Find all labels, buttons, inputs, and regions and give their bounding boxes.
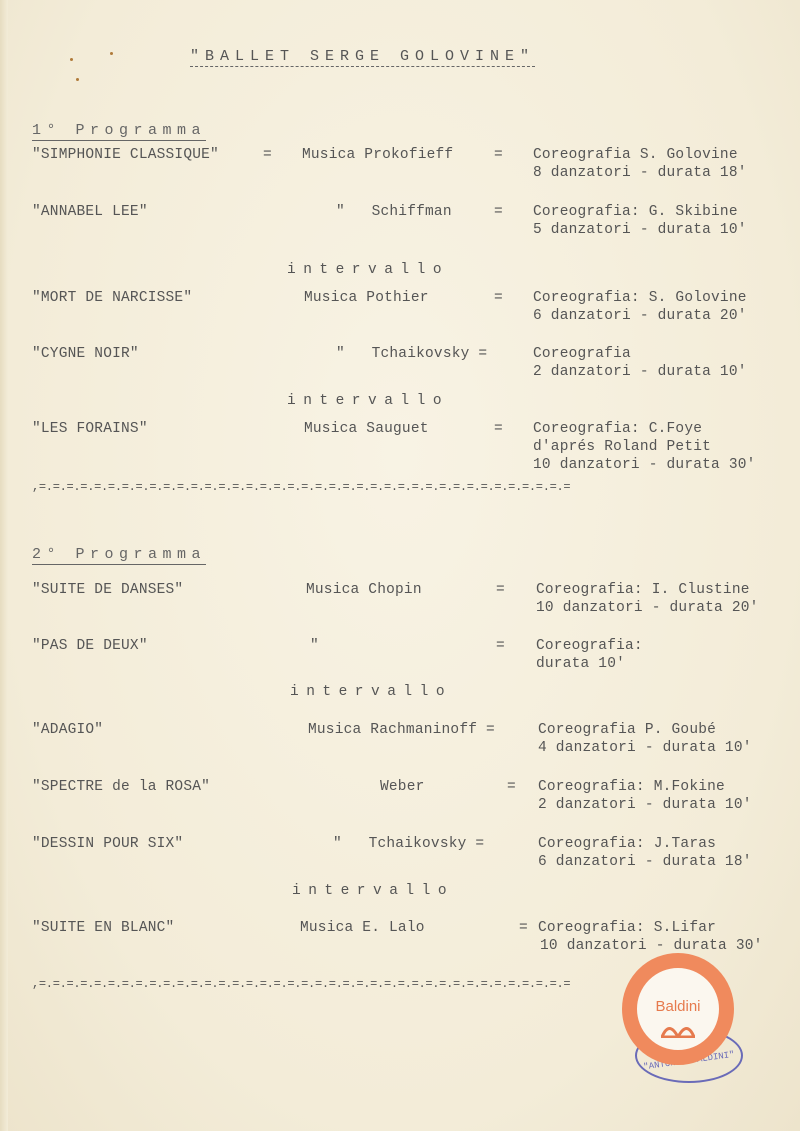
piece-music: " Schiffman (336, 204, 452, 220)
piece-title: "LES FORAINS" (32, 421, 148, 437)
book-icon (661, 1020, 695, 1038)
equals-sign: = (494, 147, 503, 163)
piece-music: " Tchaikovsky = (336, 346, 487, 362)
piece-music: Musica Sauguet (304, 421, 429, 437)
choreography: Coreografia: C.Foye (533, 421, 702, 437)
equals-sign: = (494, 290, 503, 306)
choreography: Coreografia S. Golovine (533, 147, 738, 163)
ink-speck (110, 52, 113, 55)
baldini-logo: Baldini (622, 953, 734, 1065)
choreography: Coreografia: (536, 638, 643, 654)
separator-line: ,=.=.=.=.=.=.=.=.=.=.=.=.=.=.=.=.=.=.=.=… (32, 480, 787, 494)
dancers-duration: 8 danzatori - durata 18' (533, 165, 747, 181)
piece-music: Musica Pothier (304, 290, 429, 306)
equals-sign: = (263, 147, 272, 163)
piece-title: "ADAGIO" (32, 722, 103, 738)
equals-sign: = (507, 779, 516, 795)
dancers-duration: 6 danzatori - durata 18' (538, 854, 752, 870)
dancers-duration: 6 danzatori - durata 20' (533, 308, 747, 324)
logo-text: Baldini (637, 998, 719, 1015)
piece-title: "DESSIN POUR SIX" (32, 836, 183, 852)
piece-title: "SIMPHONIE CLASSIQUE" (32, 147, 219, 163)
choreography: Coreografia: G. Skibine (533, 204, 738, 220)
choreography: Coreografia: J.Taras (538, 836, 716, 852)
choreography: Coreografia: M.Fokine (538, 779, 725, 795)
piece-music: " (310, 638, 319, 654)
paper-edge (0, 0, 8, 1131)
equals-sign: = (494, 204, 503, 220)
equals-sign: = (496, 638, 505, 654)
piece-title: "MORT DE NARCISSE" (32, 290, 192, 306)
choreography: Coreografia: I. Clustine (536, 582, 750, 598)
piece-music: " Tchaikovsky = (333, 836, 484, 852)
piece-music: Musica E. Lalo (300, 920, 425, 936)
program-1-heading: 1° Programma (32, 122, 206, 141)
dancers-duration: 10 danzatori - durata 30' (533, 457, 756, 473)
piece-title: "SPECTRE de la ROSA" (32, 779, 210, 795)
piece-music: Musica Chopin (306, 582, 422, 598)
dancers-duration: 4 danzatori - durata 10' (538, 740, 752, 756)
piece-title: "SUITE DE DANSES" (32, 582, 183, 598)
interval-label: intervallo (290, 684, 452, 700)
ink-speck (76, 78, 79, 81)
ink-speck (70, 58, 73, 61)
dancers-duration: 2 danzatori - durata 10' (538, 797, 752, 813)
choreography: Coreografia: S.Lifar (538, 920, 716, 936)
piece-music: Musica Prokofieff (302, 147, 453, 163)
piece-title: "PAS DE DEUX" (32, 638, 148, 654)
choreography: Coreografia P. Goubé (538, 722, 716, 738)
piece-title: "SUITE EN BLANC" (32, 920, 174, 936)
interval-label: intervallo (287, 393, 449, 409)
piece-music: Weber (380, 779, 425, 795)
interval-label: intervallo (287, 262, 449, 278)
choreography: Coreografia (533, 346, 631, 362)
choreography-note: d'aprés Roland Petit (533, 439, 711, 455)
program-2-heading: 2° Programma (32, 546, 206, 565)
equals-sign: = (519, 920, 528, 936)
equals-sign: = (494, 421, 503, 437)
dancers-duration: 10 danzatori - durata 30' (540, 938, 763, 954)
dancers-duration: durata 10' (536, 656, 625, 672)
piece-title: "ANNABEL LEE" (32, 204, 148, 220)
piece-title: "CYGNE NOIR" (32, 346, 139, 362)
dancers-duration: 2 danzatori - durata 10' (533, 364, 747, 380)
document-title: "BALLET SERGE GOLOVINE" (190, 48, 535, 67)
piece-music: Musica Rachmaninoff = (308, 722, 495, 738)
interval-label: intervallo (292, 883, 454, 899)
equals-sign: = (496, 582, 505, 598)
dancers-duration: 10 danzatori - durata 20' (536, 600, 759, 616)
choreography: Coreografia: S. Golovine (533, 290, 747, 306)
dancers-duration: 5 danzatori - durata 10' (533, 222, 747, 238)
